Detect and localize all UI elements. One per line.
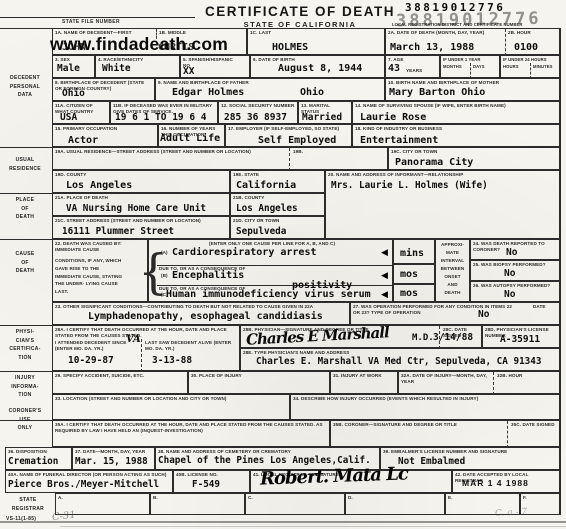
field-20-value: Mrs. Laurie L. Holmes (Wife) [331,180,488,191]
margin-rule [0,420,52,421]
field-10-value: Mary Barton Ohio [389,87,485,98]
field-35b-35c: 35B. CORONER—SIGNATURE AND DEGREE OR TIT… [330,420,560,447]
field-37-label: 37. DATE—MONTH, DAY, YEAR [75,449,152,455]
divider [493,372,494,395]
field-19d-value: Los Angeles [66,180,132,191]
section-label-state-registrar: STATE REGISTRAR [2,496,54,513]
field-14-label: 14. NAME OF SURVIVING SPOUSE (IF WIFE, E… [355,103,557,109]
field-2b-label: 2B. HOUR [508,30,557,36]
cause-a-arrow: ◀ [381,248,388,257]
divider [505,29,506,56]
field-14-value: Laurie Rose [360,112,426,123]
divider [530,63,531,79]
field-33: 33. LOCATION (STREET AND NUMBER OR LOCAT… [52,394,290,420]
field-27-date-label: DATE [533,304,557,310]
divider [507,421,508,448]
field-1c-label: 1C. LAST [250,30,382,36]
field-13-value: Married [302,112,342,123]
under-24h-minutes: MINUTES [533,64,557,69]
physician-degree: M.D. [412,333,434,343]
field-2a-label: 2A. DATE OF DEATH (MONTH, DAY, YEAR) [388,30,498,36]
field-34: 34. DESCRIBE HOW INJURY OCCURRED (EVENTS… [290,394,560,420]
section-label-place-of-death: PLACE OF DEATH [0,196,50,222]
interval-c-value: mos [400,288,418,299]
approx-interval-label: APPROXI- MATE INTERVAL BETWEEN ONSET AND… [438,241,467,297]
form-right-border [560,28,561,515]
registrar-box-d-label: D. [348,495,442,501]
field-3-value: Male [57,63,80,74]
field-36-label: 36. DISPOSITION [8,449,69,455]
field-17-label: 17. EMPLOYER (IF SELF-EMPLOYED, SO STATE… [228,126,349,132]
margin-rule [0,325,52,326]
registrar-box-e-label: E. [448,495,517,501]
field-35a: 35A. I CERTIFY THAT DEATH OCCURRED AT TH… [52,420,330,447]
field-17-value: Self Employed [258,135,336,146]
field-4-value: White [102,63,131,74]
field-1c-value: HOLMES [272,42,308,53]
last-saw-label: LAST SAW DECEDENT ALIVE (ENTER MO. DA. Y… [145,340,235,352]
field-25-value: No [504,268,515,279]
death-certificate-scan: 38819012776 38819012776 CERTIFICATE OF D… [0,0,566,529]
field-10-label: 10. BIRTH NAME AND BIRTHPLACE OF MOTHER [388,80,557,86]
field-30-label: 30. PLACE OF INJURY [191,373,327,379]
field-21c-label: 21C. STREET ADDRESS (STREET AND NUMBER O… [55,218,227,224]
bottom-right-handwriting: C. a - 7 [495,507,528,519]
field-40b-label: 40B. LICENSE NO. [176,472,247,478]
field-19c-label: 19C. CITY OR TOWN [391,149,557,155]
local-registration-label: LOCAL REGISTRATION DISTRICT AND CERTIFIC… [392,22,560,27]
field-23-label: 23. OTHER SIGNIFICANT CONDITIONS—CONTRIB… [55,304,347,310]
field-39-label: 39. EMBALMER'S LICENSE NUMBER AND SIGNAT… [383,449,557,455]
field-19d-label: 19D. COUNTY [55,172,227,178]
cause-immediate-label: IMMEDIATE CAUSE [55,247,145,253]
field-12-label: 12. SOCIAL SECURITY NUMBER [221,103,295,109]
field-31-label: 31. INJURY AT WORK [333,373,395,379]
registrar-box-c-label: C. [248,495,342,501]
under-1yr-days: DAYS [473,64,497,69]
field-19c-value: Panorama City [395,157,473,168]
field-28c-value: 3/14/88 [433,332,473,343]
field-40b-value: F-549 [192,479,220,490]
registrar-box-b: B. [150,493,245,515]
cause-b-arrow: ◀ [381,271,388,280]
field-27-operation: 27. WAS OPERATION PERFORMED FOR ANY COND… [350,302,560,325]
divider [141,339,142,372]
cause-conditions-note: CONDITIONS, IF ANY, WHICH GAVE RISE TO T… [55,257,127,296]
registrar-box-d: D. [345,493,445,515]
section-label-decedent: DECEDENT PERSONAL DATA [0,74,50,100]
field-8-value: Ohio [62,88,85,99]
field-30: 30. PLACE OF INJURY [188,371,330,394]
field-21d-label: 21D. CITY OR TOWN [233,218,322,224]
field-7-under-1yr: IF UNDER 1 YEAR MONTHS DAYS [440,55,500,78]
field-15-value: Actor [68,135,98,146]
field-21d-value: Sepulveda [236,226,286,237]
field-21c-value: 16111 Plummer Street [62,226,174,237]
field-2b-value: 0100 [514,42,538,53]
section-label-physician: PHYSI- CIAN'S CERTIFICA- TION [0,328,50,362]
field-7-under-24h: IF UNDER 24 HOURS HOURS MINUTES [500,55,560,78]
header-rule-upper [0,17,195,18]
field-26-value: No [504,289,515,300]
field-2a-value: March 13, 1988 [390,42,474,53]
field-37-value: Mar. 15, 1988 [75,456,148,467]
field-19e-label: 19E. STATE [233,172,322,178]
field-42-value: MAR 1 4 1988 [462,478,529,488]
scan-streak-faint [60,526,566,527]
field-9-label: 9. NAME AND BIRTHPLACE OF FATHER [158,80,382,86]
section-label-residence: USUAL RESIDENCE [0,156,50,173]
registrar-box-b-label: B. [153,495,242,501]
field-31: 31. INJURY AT WORK [330,371,398,394]
field-1c-last-name: 1C. LAST [247,28,385,55]
section-label-injury: INJURY INFORMA- TION [0,374,50,400]
field-21a-value: VA Nursing Home Care Unit [66,203,206,214]
field-28d-value: A-35911 [500,334,540,345]
field-15-label: 15. PRIMARY OCCUPATION [55,126,155,132]
field-27-value: No [478,309,489,320]
margin-rule [0,193,52,194]
field-11a-value: USA [60,112,77,123]
field-9-value: Edgar Holmes [172,87,244,98]
field-38-value: Chapel of the Pines Los Angeles,Calif. [158,455,371,466]
cause-b-value: Encephalitis [172,270,244,281]
field-28a-label: 28A. I CERTIFY THAT DEATH OCCURRED AT TH… [55,327,233,339]
field-7-value: 43 [388,63,400,74]
registrar-box-c: C. [245,493,345,515]
field-9-value2: Ohio [300,87,324,98]
interval-b-value: mos [400,269,418,280]
margin-rule [0,147,52,148]
divider [470,63,471,79]
under-24h-label: IF UNDER 24 HOURS [503,57,557,62]
margin-rule [0,239,52,240]
field-29-label: 29. SPECIFY ACCIDENT, SUICIDE, ETC. [55,373,185,379]
state-file-number-label: STATE FILE NUMBER [62,19,182,26]
field-19b-label: 19B. [293,149,385,155]
field-6-value: August 8, 1944 [278,63,362,74]
field-12-value: 285 36 8937 [224,112,287,123]
field-21a-label: 21A. PLACE OF DEATH [55,195,227,201]
field-19a-label: 19A. USUAL RESIDENCE—STREET ADDRESS (STR… [55,149,280,155]
field-40a-label: 40A. NAME OF FUNERAL DIRECTOR (OR PERSON… [8,472,170,478]
approx-interval-cell: APPROXI- MATE INTERVAL BETWEEN ONSET AND… [435,239,470,302]
registrar-box-f-label: F. [523,495,557,501]
field-35b-label: 35B. CORONER—SIGNATURE AND DEGREE OR TIT… [333,422,498,428]
under-1yr-label: IF UNDER 1 YEAR [443,57,497,62]
field-11b-value: 19 6 1 TO 19 6 4 [115,112,207,123]
field-33-label: 33. LOCATION (STREET AND NUMBER OR LOCAT… [55,396,287,402]
attended-value: 10-29-87 [68,355,114,366]
findadeath-watermark: www.findadeath.com [50,34,228,55]
field-28e-value: Charles E. Marshall VA Med Ctr, Sepulved… [256,356,541,367]
last-saw-value: 3-13-88 [152,355,192,366]
divider [289,148,290,171]
scan-streak [0,521,566,523]
field-21b-value: Los Angeles [236,203,298,214]
registrar-box-a-label: A. [58,495,147,501]
field-19e-value: California [236,180,296,191]
page-title: CERTIFICATE OF DEATH [185,4,415,19]
cause-c-arrow: ◀ [381,290,388,299]
field-18-label: 18. KIND OF INDUSTRY OR BUSINESS [355,126,557,132]
field-35c-label: 35C. DATE SIGNED [511,422,557,428]
field-32: 32A. DATE OF INJURY—MONTH, DAY, YEAR 32B… [398,371,560,394]
field-21b-label: 21B. COUNTY [233,195,322,201]
field-24-value: No [506,247,517,258]
field-29: 29. SPECIFY ACCIDENT, SUICIDE, ETC. [52,371,188,394]
attended-label: I ATTENDED DECEDENT SINCE (ENTER MO. DA.… [55,340,135,352]
field-19a-residence-street: 19A. USUAL RESIDENCE—STREET ADDRESS (STR… [52,147,388,170]
cause-c-value: Human immunodeficiency virus serum [166,289,371,300]
section-label-cause-of-death: CAUSE OF DEATH [0,250,50,276]
cause-left-notes: 22. DEATH WAS CAUSED BY: IMMEDIATE CAUSE… [52,239,148,302]
field-40a-value: Pierce Bros./Meyer-Mitchell [8,479,159,490]
field-36-value: Cremation [8,456,58,467]
field-39-value: Not Embalmed [398,456,465,467]
handwritten-va: VA [126,334,141,345]
field-32b-label: 32B. HOUR [497,373,557,379]
field-16-value: Adult Life [160,133,220,144]
field-34-label: 34. DESCRIBE HOW INJURY OCCURRED (EVENTS… [293,396,557,402]
field-35a-label: 35A. I CERTIFY THAT DEATH OCCURRED AT TH… [55,422,323,434]
interval-a-value: mins [400,248,424,259]
field-32a-label: 32A. DATE OF INJURY—MONTH, DAY, YEAR [401,373,489,385]
field-18-value: Entertainment [360,135,438,146]
field-5-value: XX [183,66,194,77]
margin-rule [0,371,52,372]
cause-a-value: Cardiorespiratory arrest [172,247,317,258]
field-23-value: Lymphadenopathy, esophageal candidiasis [88,311,323,322]
field-20-label: 20. NAME AND ADDRESS OF INFORMANT—RELATI… [328,172,557,178]
